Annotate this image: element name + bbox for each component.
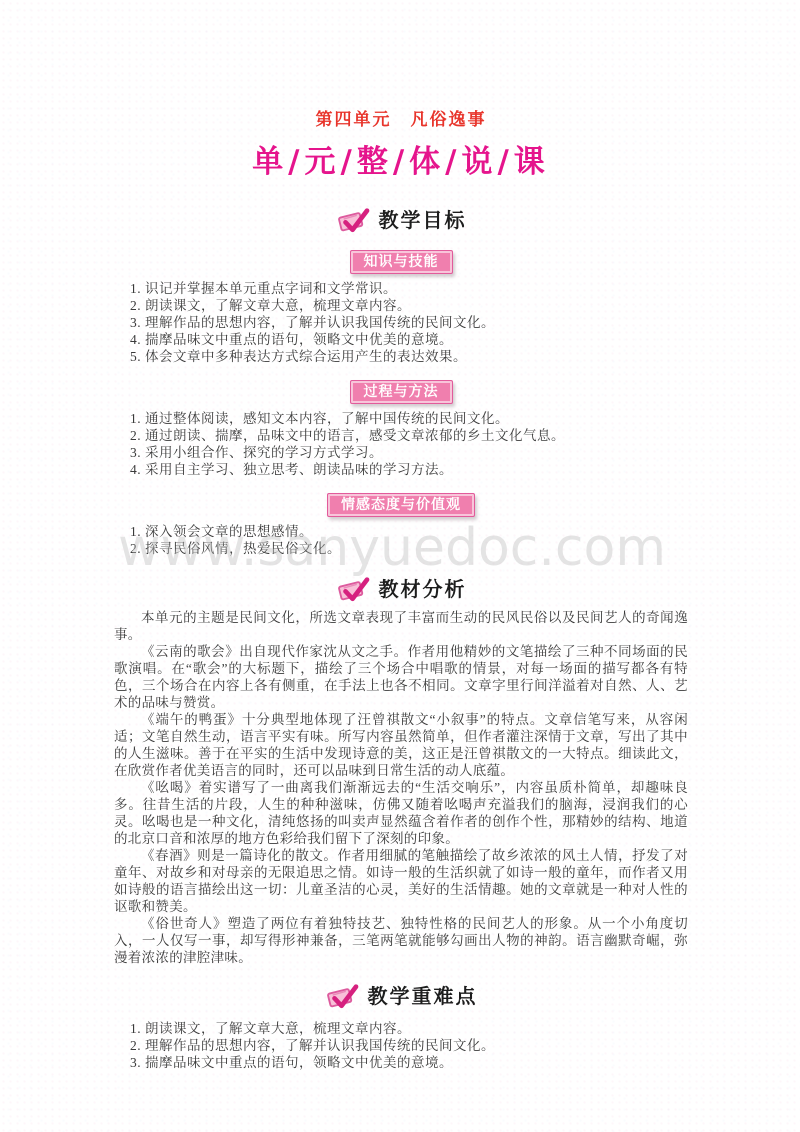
- material-analysis-paragraphs: 本单元的主题是民间文化，所选文章表现了丰富而生动的民风民俗以及民间艺人的奇闻逸事…: [114, 609, 688, 966]
- section-heading-label: 教学重难点: [368, 980, 478, 1012]
- paragraph: 《春酒》则是一篇诗化的散文。作者用细腻的笔触描绘了故乡浓浓的风土人情，抒发了对童…: [114, 847, 688, 915]
- list-item: 3. 理解作品的思想内容，了解并认识我国传统的民间文化。: [130, 314, 688, 331]
- list-item: 1. 通过整体阅读，感知文本内容，了解中国传统的民间文化。: [130, 410, 688, 427]
- section-heading-label: 教学目标: [379, 204, 467, 236]
- paragraph: 本单元的主题是民间文化，所选文章表现了丰富而生动的民风民俗以及民间艺人的奇闻逸事…: [114, 609, 688, 643]
- check-note-icon: [325, 982, 359, 1010]
- paragraph: 《端午的鸭蛋》十分典型地体现了汪曾祺散文“小叙事”的特点。文章信笔写来，从容闲适…: [114, 711, 688, 779]
- paragraph: 《吆喝》着实谱写了一曲离我们渐渐远去的“生活交响乐”，内容虽质朴简单，却趣味良多…: [114, 779, 688, 847]
- key-points-list: 1. 朗读课文，了解文章大意，梳理文章内容。 2. 理解作品的思想内容，了解并认…: [114, 1020, 688, 1071]
- section-heading-teaching-goals: 教学目标: [114, 204, 688, 236]
- paragraph: 《云南的歌会》出自现代作家沈从文之手。作者用他精妙的文笔描绘了三种不同场面的民歌…: [114, 643, 688, 711]
- list-item: 2. 通过朗读、揣摩，品味文中的语言，感受文章浓郁的乡土文化气息。: [130, 427, 688, 444]
- page-title: 单/元/整/体/说/课: [114, 142, 688, 182]
- list-item: 1. 深入领会文章的思想感情。: [130, 523, 688, 540]
- list-item: 2. 朗读课文，了解文章大意，梳理文章内容。: [130, 297, 688, 314]
- section-heading-label: 教材分析: [379, 573, 467, 605]
- process-method-list: 1. 通过整体阅读，感知文本内容，了解中国传统的民间文化。 2. 通过朗读、揣摩…: [114, 410, 688, 478]
- badge-process-method: 过程与方法: [350, 380, 453, 404]
- list-item: 4. 采用自主学习、独立思考、朗读品味的学习方法。: [130, 461, 688, 478]
- section-heading-key-points: 教学重难点: [114, 980, 688, 1012]
- list-item: 2. 理解作品的思想内容，了解并认识我国传统的民间文化。: [130, 1037, 688, 1054]
- list-item: 3. 采用小组合作、探究的学习方式学习。: [130, 444, 688, 461]
- list-item: 5. 体会文章中多种表达方式综合运用产生的表达效果。: [130, 348, 688, 365]
- list-item: 1. 朗读课文，了解文章大意，梳理文章内容。: [130, 1020, 688, 1037]
- list-item: 3. 揣摩品味文中重点的语句，领略文中优美的意境。: [130, 1054, 688, 1071]
- check-note-icon: [336, 575, 370, 603]
- paragraph: 《俗世奇人》塑造了两位有着独特技艺、独特性格的民间艺人的形象。从一个小角度切入，…: [114, 915, 688, 966]
- scanned-document-page: www.sanyuedoc.com 第四单元 凡俗逸事 单/元/整/体/说/课 …: [0, 0, 800, 1132]
- emotion-values-list: 1. 深入领会文章的思想感情。 2. 探寻民俗风情，热爱民俗文化。: [114, 523, 688, 557]
- check-note-icon: [336, 206, 370, 234]
- list-item: 1. 识记并掌握本单元重点字词和文学常识。: [130, 280, 688, 297]
- unit-header: 第四单元 凡俗逸事: [114, 110, 688, 130]
- knowledge-skills-list: 1. 识记并掌握本单元重点字词和文学常识。 2. 朗读课文，了解文章大意，梳理文…: [114, 280, 688, 365]
- badge-emotion-values: 情感态度与价值观: [327, 493, 475, 517]
- badge-knowledge-skills: 知识与技能: [350, 250, 453, 274]
- list-item: 4. 揣摩品味文中重点的语句，领略文中优美的意境。: [130, 331, 688, 348]
- list-item: 2. 探寻民俗风情，热爱民俗文化。: [130, 540, 688, 557]
- document-content: 第四单元 凡俗逸事 单/元/整/体/说/课 教学目标 知识与技能 1. 识记并掌…: [0, 0, 800, 1132]
- section-heading-material-analysis: 教材分析: [114, 573, 688, 605]
